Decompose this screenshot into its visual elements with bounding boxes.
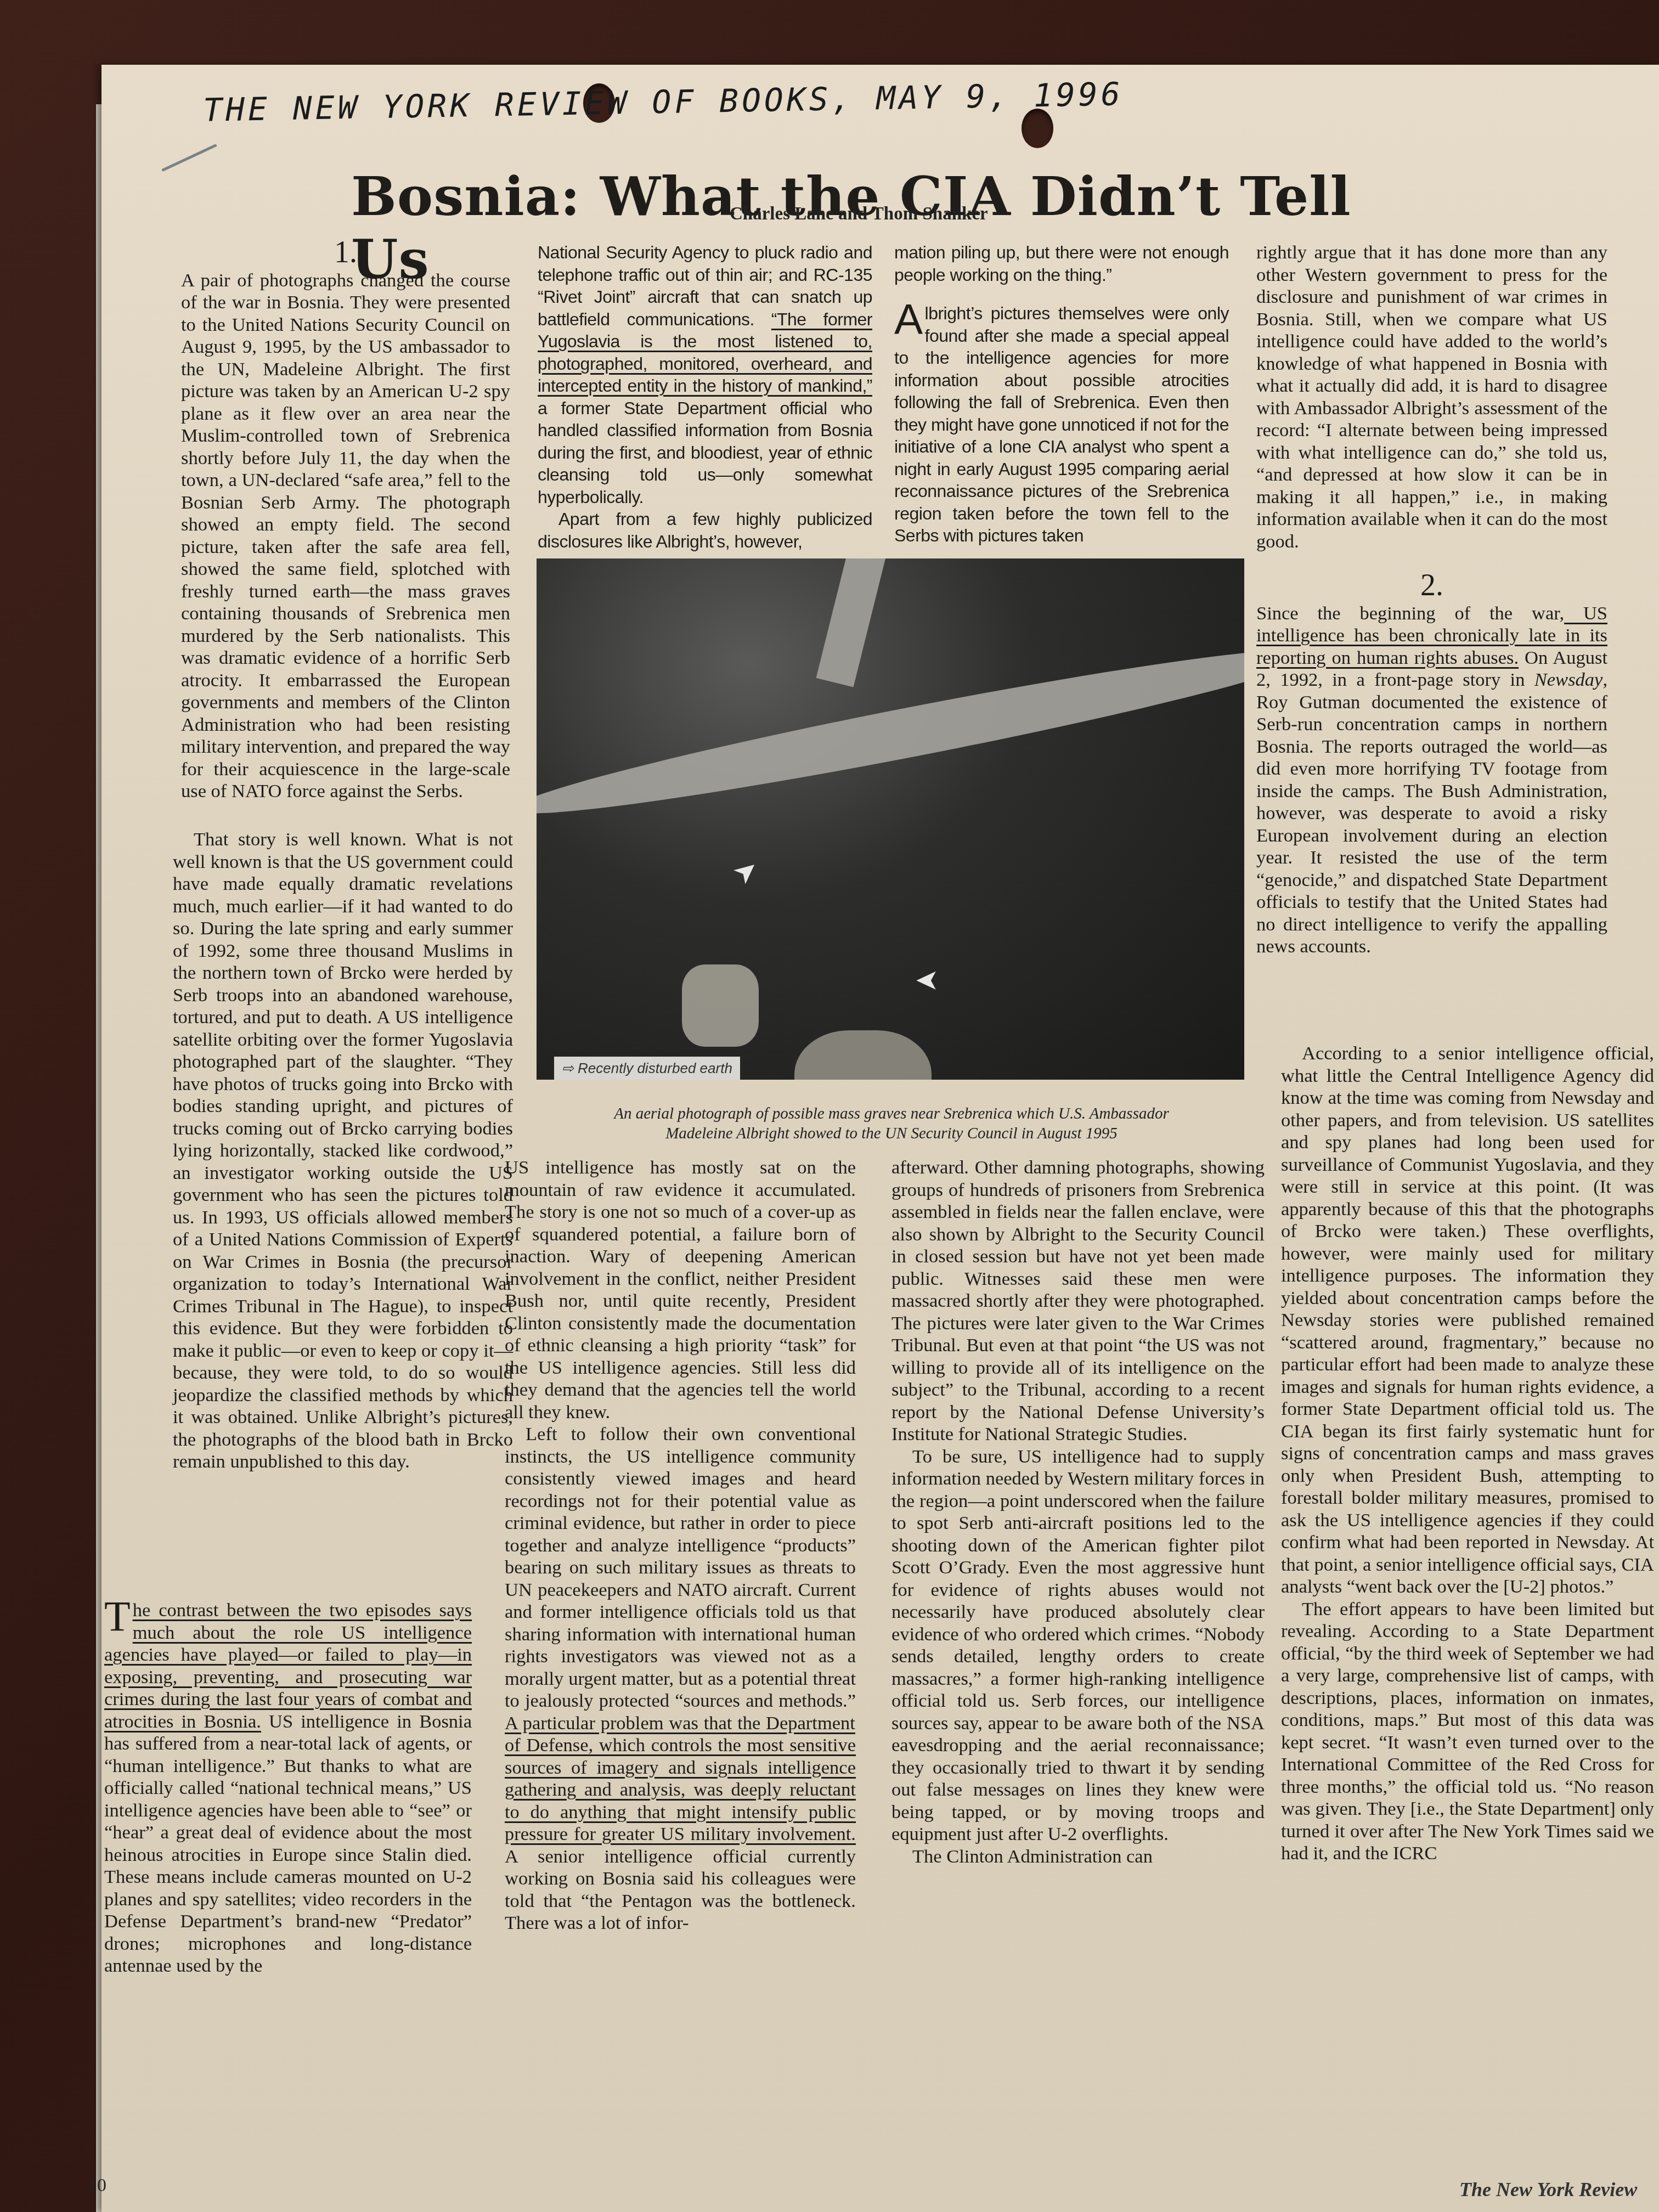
column-2-top: National Security Agency to pluck radio … [538, 241, 872, 552]
column-1-bottom: The contrast between the two episodes sa… [104, 1599, 472, 1977]
paragraph-text: Left to follow their own conventional in… [505, 1424, 856, 1711]
column-3-bottom: afterward. Other damning photographs, sh… [891, 1156, 1265, 1867]
paragraph: A pair of photographs changed the course… [181, 269, 510, 803]
drop-cap: T [104, 1599, 131, 1633]
column-1-top: 1. A pair of photographs changed the cou… [181, 241, 510, 803]
punch-hole-icon [1022, 109, 1053, 148]
photo-road [537, 629, 1244, 834]
paragraph: Albright’s pictures themselves were only… [894, 302, 1229, 547]
paragraph: To be sure, US intelligence had to suppl… [891, 1446, 1265, 1846]
paragraph: Since the beginning of the war, US intel… [1256, 602, 1607, 958]
paragraph: Left to follow their own conventional in… [505, 1423, 856, 1934]
column-4-top: rightly argue that it has done more than… [1256, 241, 1607, 958]
paragraph-text: , Roy Gutman documented the existence of… [1256, 669, 1607, 957]
paragraph: rightly argue that it has done more than… [1256, 241, 1607, 552]
publication-name: Newsday [1534, 669, 1603, 690]
column-4-bottom: According to a senior intelligence offic… [1281, 1042, 1654, 1865]
drop-cap: A [894, 302, 923, 336]
paragraph-text: A senior intelligence official currently… [505, 1846, 856, 1934]
footer-masthead: The New York Review [1459, 2178, 1637, 2201]
photo-caption: An aerial photograph of possible mass gr… [527, 1104, 1256, 1143]
byline: Charles Lane and Thom Shanker [730, 204, 988, 224]
paragraph-text: lbright’s pictures themselves were only … [894, 303, 1229, 545]
legend-label: Recently disturbed earth [578, 1060, 732, 1076]
paragraph: The effort appears to have been limited … [1281, 1598, 1654, 1865]
disturbed-earth-area [682, 964, 759, 1047]
column-2-bottom: US intelligence has mostly sat on the mo… [505, 1156, 856, 1934]
disturbed-earth-area [794, 1030, 932, 1080]
paragraph-underlined: The contrast between the two episodes sa… [104, 1599, 472, 1977]
column-3-top: mation piling up, but there were not eno… [894, 241, 1229, 547]
photo-legend: ⇨ Recently disturbed earth [554, 1057, 740, 1080]
paragraph: That story is well known. What is not we… [173, 828, 513, 1473]
paragraph: afterward. Other damning photographs, sh… [891, 1156, 1265, 1446]
underlined-passage: A particular problem was that the Depart… [505, 1713, 856, 1845]
section-number-1: 1. [181, 241, 510, 264]
paragraph-text: US intelligence in Bosnia has suffered f… [104, 1711, 472, 1977]
paragraph: US intelligence has mostly sat on the mo… [505, 1156, 856, 1423]
caption-line: An aerial photograph of possible mass gr… [527, 1104, 1256, 1124]
paragraph-text: Since the beginning of the war, [1256, 603, 1564, 624]
section-number-2: 2. [1256, 574, 1607, 597]
arrow-outline-icon: ⇨ [562, 1060, 578, 1076]
paragraph: Apart from a few highly publicized discl… [538, 508, 872, 552]
paragraph: The Clinton Administration can [891, 1846, 1265, 1868]
caption-line: Madeleine Albright showed to the UN Secu… [527, 1124, 1256, 1143]
page-number: 10 [88, 2175, 106, 2196]
paragraph: mation piling up, but there were not eno… [894, 241, 1229, 286]
aerial-photograph: ➤ ➤ ⇨ Recently disturbed earth [537, 558, 1244, 1080]
pointer-arrow-icon: ➤ [726, 851, 766, 891]
paragraph: National Security Agency to pluck radio … [538, 241, 872, 508]
photo-road-branch [816, 558, 888, 687]
pointer-arrow-icon: ➤ [915, 964, 939, 997]
paragraph-text: a former State Department official who h… [538, 398, 872, 507]
paragraph: According to a senior intelligence offic… [1281, 1042, 1654, 1598]
column-1-middle: That story is well known. What is not we… [173, 828, 513, 1473]
